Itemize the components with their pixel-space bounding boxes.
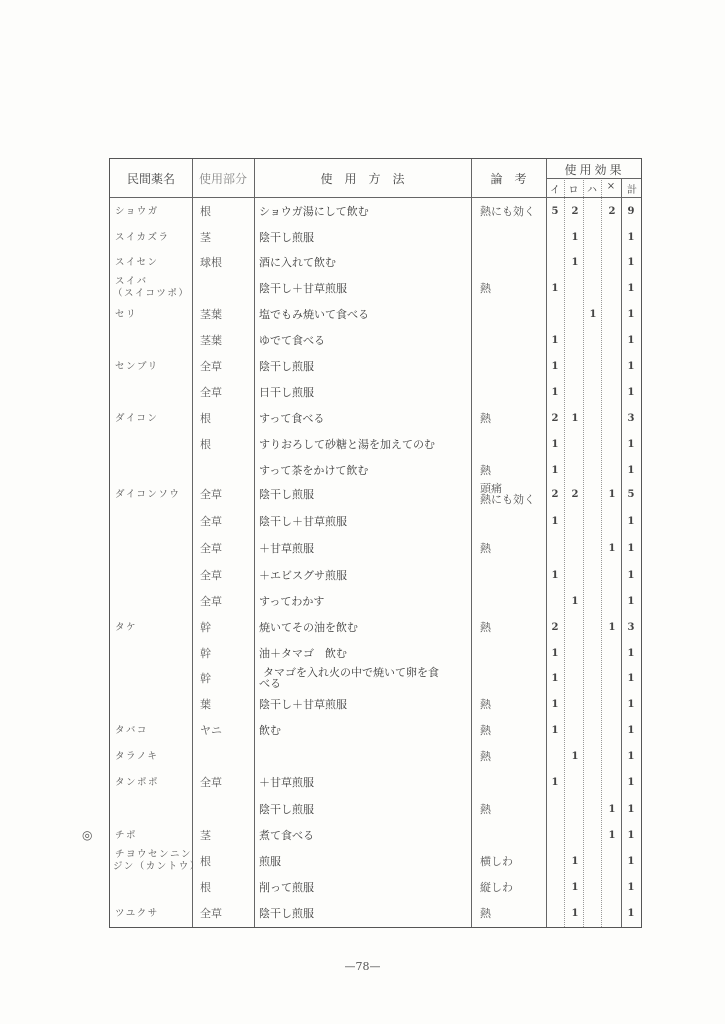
header-effect-ro: ロ xyxy=(564,181,583,196)
effect-i: 1 xyxy=(547,569,563,582)
row-method: ＋エビスグサ煎服 xyxy=(259,569,347,582)
effect-i: 1 xyxy=(547,386,563,399)
effect-total: 1 xyxy=(623,282,639,295)
effect-total: 1 xyxy=(623,256,639,269)
effect-total: 1 xyxy=(623,907,639,920)
row-part: 根 xyxy=(200,412,211,425)
effect-i: 2 xyxy=(547,412,563,425)
subheader-divider xyxy=(546,178,641,179)
row-name: タケ xyxy=(115,621,137,634)
effect-i: 5 xyxy=(547,205,563,218)
effect-total: 1 xyxy=(623,569,639,582)
document-page: 民間薬名 使用部分 使 用 方 法 論 考 使用効果 イ ロ ハ × 計 ショウ… xyxy=(0,0,725,1024)
row-part: 茎 xyxy=(200,231,211,244)
row-name: チポ xyxy=(115,829,137,842)
effect-i: 1 xyxy=(547,360,563,373)
effect-ro: 1 xyxy=(567,595,583,608)
header-effect-i: イ xyxy=(546,181,564,196)
row-name: セリ xyxy=(115,308,137,321)
folk-medicine-table: 民間薬名 使用部分 使 用 方 法 論 考 使用効果 イ ロ ハ × 計 xyxy=(109,158,642,928)
header-divider xyxy=(110,197,641,198)
row-method: 油＋タマゴ 飲む xyxy=(259,647,347,660)
row-method: 陰干し煎服 xyxy=(259,907,314,920)
effect-total: 1 xyxy=(623,542,639,555)
header-effect-group: 使用効果 xyxy=(546,161,643,178)
effect-total: 1 xyxy=(623,231,639,244)
effect-ro: 1 xyxy=(567,881,583,894)
effect-total: 1 xyxy=(623,386,639,399)
row-method: ゆでて食べる xyxy=(259,334,325,347)
row-method: 削って煎服 xyxy=(259,881,314,894)
row-name: タンポポ xyxy=(115,776,159,789)
row-remark: 熱 xyxy=(480,724,491,737)
row-method: 酒に入れて飲む xyxy=(259,256,336,269)
effect-x: 1 xyxy=(604,621,620,634)
effect-ro: 2 xyxy=(567,488,583,501)
effect-i: 1 xyxy=(547,698,563,711)
header-method: 使 用 方 法 xyxy=(254,170,471,187)
effect-total: 9 xyxy=(623,205,639,218)
effect-ro: 1 xyxy=(567,412,583,425)
row-remark: 熱にも効く xyxy=(480,205,535,218)
effect-i: 1 xyxy=(547,438,563,451)
row-part: 幹 xyxy=(200,647,211,660)
effect-i: 1 xyxy=(547,515,563,528)
row-method: 煎服 xyxy=(259,855,281,868)
effect-total: 1 xyxy=(623,855,639,868)
row-part: 根 xyxy=(200,438,211,451)
effect-total: 1 xyxy=(623,829,639,842)
row-remark-line2: 熱にも効く xyxy=(480,493,535,506)
col-divider xyxy=(254,159,255,927)
effect-total: 1 xyxy=(623,360,639,373)
effect-total: 1 xyxy=(623,776,639,789)
effect-total: 1 xyxy=(623,724,639,737)
row-remark: 熱 xyxy=(480,412,491,425)
row-part: 茎 xyxy=(200,829,211,842)
effect-x: 1 xyxy=(604,829,620,842)
row-part: 幹 xyxy=(200,621,211,634)
effect-i: 1 xyxy=(547,647,563,660)
effect-total: 1 xyxy=(623,803,639,816)
row-part: 全草 xyxy=(200,515,222,528)
row-method: 陰干し煎服 xyxy=(259,803,314,816)
row-name-line2: ジン（カントウ） xyxy=(113,860,201,873)
effect-total: 1 xyxy=(623,595,639,608)
row-remark: 縦しわ xyxy=(480,881,513,894)
effect-total: 1 xyxy=(623,464,639,477)
row-name: ツユクサ xyxy=(115,907,159,920)
row-method: ショウガ湯にして飲む xyxy=(259,205,369,218)
row-part: 根 xyxy=(200,205,211,218)
effect-total: 3 xyxy=(623,621,639,634)
effect-x: 1 xyxy=(604,542,620,555)
col-divider xyxy=(192,159,193,927)
effect-i: 2 xyxy=(547,488,563,501)
effect-x: 2 xyxy=(604,205,620,218)
effect-total: 1 xyxy=(623,881,639,894)
header-effect-ha: ハ xyxy=(583,181,601,196)
row-remark: 熱 xyxy=(480,907,491,920)
effect-i: 1 xyxy=(547,334,563,347)
row-part: 根 xyxy=(200,881,211,894)
row-method: すって茶をかけて飲む xyxy=(259,464,368,477)
header-effect-total: 計 xyxy=(621,181,643,196)
effect-total: 3 xyxy=(623,412,639,425)
effect-total: 1 xyxy=(623,308,639,321)
row-part: 茎葉 xyxy=(200,308,222,321)
col-divider xyxy=(471,159,472,927)
header-effect-x: × xyxy=(601,181,621,192)
effect-ro: 1 xyxy=(567,256,583,269)
effect-total: 5 xyxy=(623,488,639,501)
row-part: 茎葉 xyxy=(200,334,222,347)
page-number: —78— xyxy=(0,960,725,973)
col-divider-dotted xyxy=(564,178,565,927)
row-method: すりおろして砂糖と湯を加えてのむ xyxy=(259,438,435,451)
row-method: ＋甘草煎服 xyxy=(259,776,314,789)
row-method: 陰干し＋甘草煎服 xyxy=(259,515,347,528)
row-method: 陰干し＋甘草煎服 xyxy=(259,282,347,295)
row-method: すってわかす xyxy=(259,595,324,608)
effect-x: 1 xyxy=(604,488,620,501)
effect-i: 2 xyxy=(547,621,563,634)
row-part: ヤニ xyxy=(200,724,222,737)
row-name: ダイコンソウ xyxy=(115,488,180,501)
effect-total: 1 xyxy=(623,672,639,685)
row-remark: 熱 xyxy=(480,621,491,634)
row-part: 全草 xyxy=(200,360,222,373)
row-method: 陰干し＋甘草煎服 xyxy=(259,698,347,711)
effect-total: 1 xyxy=(623,515,639,528)
row-part: 全草 xyxy=(200,488,222,501)
row-name: タバコ xyxy=(115,724,148,737)
row-part: 全草 xyxy=(200,907,222,920)
row-method: 陰干し煎服 xyxy=(259,488,314,501)
row-remark: 熱 xyxy=(480,698,491,711)
col-divider xyxy=(621,178,622,927)
effect-ro: 1 xyxy=(567,855,583,868)
effect-total: 1 xyxy=(623,438,639,451)
row-method: 日干し煎服 xyxy=(259,386,314,399)
col-divider-dotted xyxy=(601,178,602,927)
row-method: 陰干し煎服 xyxy=(259,231,314,244)
header-name: 民間薬名 xyxy=(110,170,192,187)
row-remark: 熱 xyxy=(480,803,491,816)
row-name: スイカズラ xyxy=(115,231,170,244)
row-name: センブリ xyxy=(115,360,159,373)
row-part: 球根 xyxy=(200,256,222,269)
row-part: 全草 xyxy=(200,776,222,789)
row-remark: 熱 xyxy=(480,542,491,555)
effect-i: 1 xyxy=(547,672,563,685)
row-part: 根 xyxy=(200,855,211,868)
effect-x: 1 xyxy=(604,803,620,816)
effect-i: 1 xyxy=(547,282,563,295)
effect-total: 1 xyxy=(623,334,639,347)
row-part: 全草 xyxy=(200,569,222,582)
effect-ro: 1 xyxy=(567,231,583,244)
effect-i: 1 xyxy=(547,724,563,737)
row-method: 塩でもみ焼いて食べる xyxy=(259,308,369,321)
row-method: 煮て食べる xyxy=(259,829,314,842)
effect-i: 1 xyxy=(547,776,563,789)
effect-total: 1 xyxy=(623,647,639,660)
row-method: ＋甘草煎服 xyxy=(259,542,314,555)
header-part: 使用部分 xyxy=(192,170,254,187)
header-remark: 論 考 xyxy=(471,170,546,187)
effect-ha: 1 xyxy=(585,308,601,321)
row-part: 全草 xyxy=(200,542,222,555)
row-remark: 熱 xyxy=(480,282,491,295)
effect-ro: 1 xyxy=(567,750,583,763)
row-name: タラノキ xyxy=(115,750,158,763)
row-remark: 熱 xyxy=(480,750,491,763)
col-divider xyxy=(546,159,547,927)
row-name: ダイコン xyxy=(115,412,158,425)
row-method: 焼いてその油を飲む xyxy=(259,621,358,634)
row-name-line2: （スイコツポ） xyxy=(113,287,189,300)
row-method: すって食べる xyxy=(259,412,324,425)
effect-total: 1 xyxy=(623,698,639,711)
row-method: 陰干し煎服 xyxy=(259,360,314,373)
row-method-line2: べる xyxy=(259,677,281,690)
effect-i: 1 xyxy=(547,464,563,477)
effect-total: 1 xyxy=(623,750,639,763)
row-name: スイセン xyxy=(115,256,159,269)
row-remark: 熱 xyxy=(480,464,491,477)
row-part: 全草 xyxy=(200,595,222,608)
effect-ro: 1 xyxy=(567,907,583,920)
double-circle-mark-icon: ◎ xyxy=(82,829,92,842)
effect-ro: 2 xyxy=(567,205,583,218)
row-part: 全草 xyxy=(200,386,222,399)
row-method: タマゴを入れ火の中で焼いて卵を食 xyxy=(263,666,439,679)
row-part: 幹 xyxy=(200,672,211,685)
col-divider-dotted xyxy=(583,178,584,927)
row-method: 飲む xyxy=(259,724,281,737)
row-name: ショウガ xyxy=(115,205,159,218)
row-part: 葉 xyxy=(200,698,211,711)
row-remark: 横しわ xyxy=(480,855,513,868)
